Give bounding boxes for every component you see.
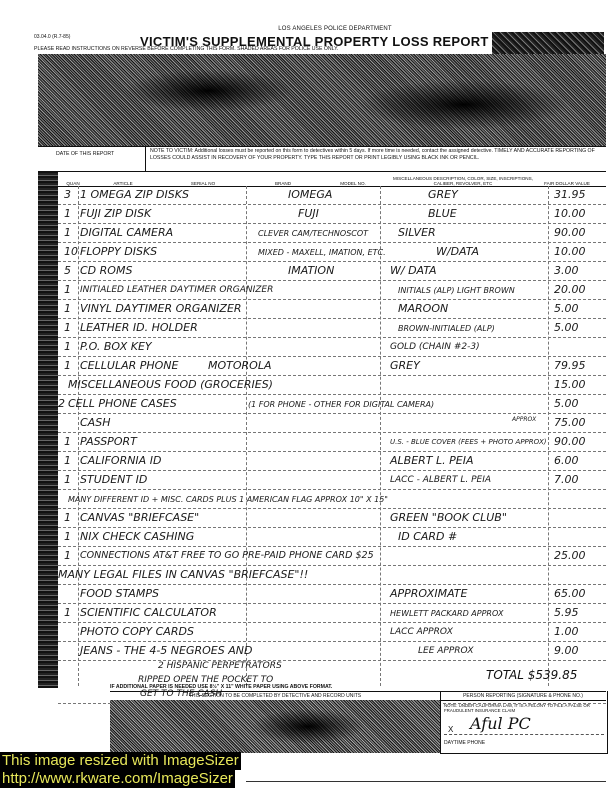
police-use-shaded-area (38, 54, 606, 146)
police-use-shaded-corner (492, 32, 604, 56)
table-row[interactable]: 1STUDENT IDLACC - ALBERT L. PEIA7.00 (58, 471, 606, 490)
table-row[interactable]: 1VINYL DAYTIMER ORGANIZERMAROON5.00 (58, 300, 606, 319)
table-row[interactable]: MANY DIFFERENT ID + MISC. CARDS PLUS 1 A… (58, 490, 606, 509)
table-row[interactable]: 1DIGITAL CAMERACLEVER CAM/TECHNOSCOTSILV… (58, 224, 606, 243)
table-row[interactable]: 10FLOPPY DISKSMIXED - MAXELL, IMATION, E… (58, 243, 606, 262)
property-table: 31 OMEGA ZIP DISKSIOMEGAGREY31.95 1FUJI … (58, 186, 606, 704)
column-headers: QUAN ARTICLE SERIAL NO BRAND MODEL NO. M… (38, 172, 606, 187)
table-row[interactable]: 1P.O. BOX KEYGOLD (CHAIN #2-3) (58, 338, 606, 357)
scan-edge-line (246, 781, 606, 782)
date-of-report-label: DATE OF THIS REPORT (38, 147, 146, 171)
shaded-left-bar (38, 172, 58, 688)
watermark-line-2: http://www.rkware.com/ImageSizer (0, 770, 235, 788)
table-row[interactable]: FOOD STAMPSAPPROXIMATE65.00 (58, 585, 606, 604)
note-to-victim: NOTE TO VICTIM: Additional losses must b… (146, 147, 606, 171)
signature-header: PERSON REPORTING (SIGNATURE & PHONE NO.) (440, 693, 606, 701)
additional-paper-note: IF ADDITIONAL PAPER IS NEEDED USE 8½" X … (110, 684, 332, 690)
form-number: 03.04.0 (R.7-85) (34, 34, 70, 40)
signature-line (444, 734, 604, 735)
table-row[interactable]: PHOTO COPY CARDSLACC APPROX1.00 (58, 623, 606, 642)
detective-shaded-area (110, 700, 440, 753)
table-row[interactable]: 1LEATHER ID. HOLDERBROWN-INITIALED (ALP)… (58, 319, 606, 338)
table-row[interactable]: 5CD ROMSIMATIONW/ DATA3.00 (58, 262, 606, 281)
watermark-line-1: This image resized with ImageSizer (0, 752, 241, 770)
daytime-phone-label: DAYTIME PHONE (444, 740, 485, 746)
note-row: DATE OF THIS REPORT NOTE TO VICTIM: Addi… (38, 146, 606, 172)
signature-x-mark: X (448, 725, 453, 734)
detective-section-label: THIS SECTION TO BE COMPLETED BY DETECTIV… (110, 693, 440, 699)
table-row[interactable]: 1CANVAS "BRIEFCASE"GREEN "BOOK CLUB" (58, 509, 606, 528)
felony-warning: NOTE: UNDER CALIFORNIA LAW, IT IS A FELO… (444, 703, 604, 713)
form-instructions: PLEASE READ INSTRUCTIONS ON REVERSE BEFO… (34, 46, 338, 52)
table-row[interactable]: 1FUJI ZIP DISKFUJIBLUE10.00 (58, 205, 606, 224)
table-row[interactable]: CASHAPPROX75.00 (58, 414, 606, 433)
col-misc: MISCELLANEOUS DESCRIPTION, COLOR, SIZE, … (388, 176, 538, 186)
signature: Aful PC (470, 714, 531, 733)
table-row[interactable]: JEANS - THE 4-5 NEGROES ANDLEE APPROX9.0… (58, 642, 606, 661)
table-row[interactable]: 1PASSPORTU.S. - BLUE COVER (FEES + PHOTO… (58, 433, 606, 452)
table-row[interactable]: 2CELL PHONE CASES(1 FOR PHONE - OTHER FO… (58, 395, 606, 414)
table-row[interactable]: MISCELLANEOUS FOOD (GROCERIES)15.00 (58, 376, 606, 395)
table-row[interactable]: 1INITIALED LEATHER DAYTIMER ORGANIZERINI… (58, 281, 606, 300)
table-row[interactable]: MANY LEGAL FILES IN CANVAS "BRIEFCASE"!! (58, 566, 606, 585)
table-row[interactable]: 1CONNECTIONS AT&T FREE TO GO PRE-PAID PH… (58, 547, 606, 566)
table-row[interactable]: 1CELLULAR PHONEMOTOROLAGREY79.95 (58, 357, 606, 376)
table-row[interactable]: 31 OMEGA ZIP DISKSIOMEGAGREY31.95 (58, 186, 606, 205)
table-row[interactable]: 1NIX CHECK CASHINGID CARD # (58, 528, 606, 547)
total-value: TOTAL $539.85 (486, 668, 577, 682)
table-row[interactable]: 1SCIENTIFIC CALCULATORHEWLETT PACKARD AP… (58, 604, 606, 623)
table-row[interactable]: 1CALIFORNIA IDALBERT L. PEIA6.00 (58, 452, 606, 471)
